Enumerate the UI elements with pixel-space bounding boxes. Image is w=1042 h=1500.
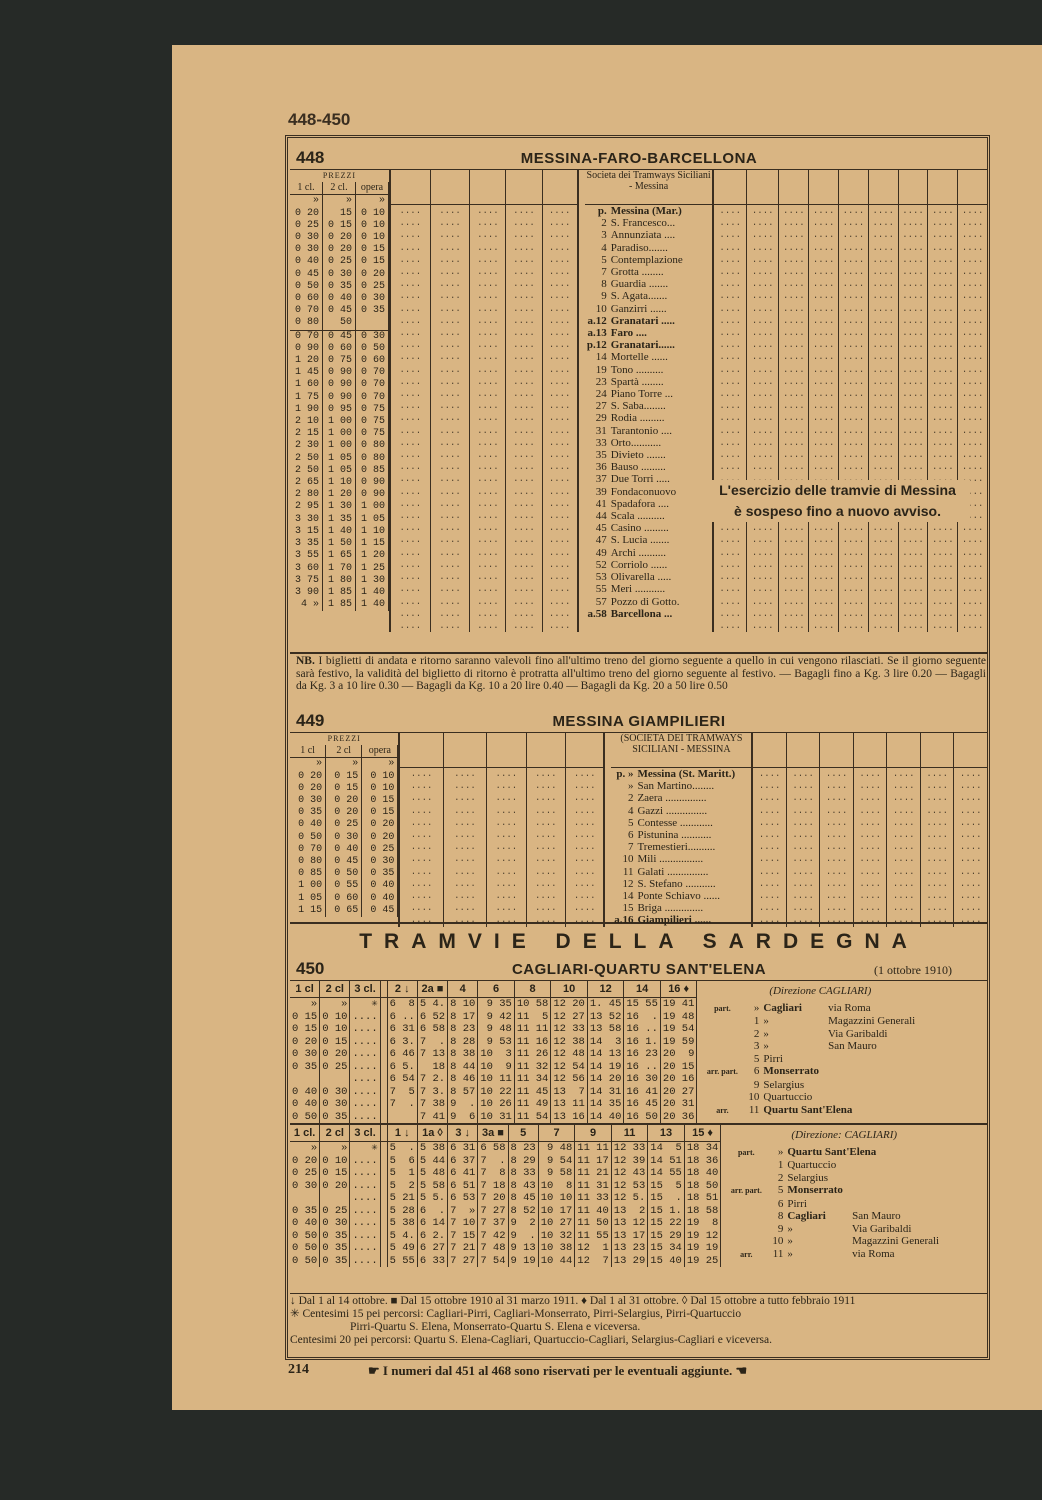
placeholder-cell: .... (921, 878, 954, 890)
price-cell (320, 1073, 350, 1086)
placeholder-cell: .... (899, 412, 928, 424)
placeholder-cell: .... (400, 866, 442, 878)
placeholder-cell: .... (714, 339, 745, 351)
placeholder-cell: .... (543, 242, 577, 254)
train-column: ........................................… (869, 170, 899, 632)
time-cell: 11 31 (575, 1180, 612, 1193)
price-cell: 0 25 (290, 1167, 320, 1180)
time-cell: 15 . (648, 1192, 685, 1205)
placeholder-cell: .... (839, 290, 868, 302)
time-cell: 5 21 (387, 1192, 417, 1205)
price-cell: 3 35 (290, 538, 323, 550)
station-name: Orto........... (611, 437, 661, 449)
time-cell: 5 55 (387, 1255, 417, 1268)
train-column: ........................................… (714, 170, 746, 632)
placeholder-cell: .... (431, 547, 470, 559)
price-cell: 1 45 (290, 367, 323, 379)
time-cell: 14 3 (587, 1036, 624, 1049)
time-row: 0 400 30....5 386 147 107 379 210 2711 5… (290, 1217, 721, 1230)
price-cell: 1 30 (356, 575, 389, 587)
time-cell: 15 22 (648, 1217, 685, 1230)
price-class-label: opera (362, 745, 398, 757)
placeholder-cell: .... (470, 290, 505, 302)
time-cell: 5 4. (417, 998, 447, 1011)
time-cell: 9 2 (508, 1217, 538, 1230)
placeholder-cell: .... (869, 290, 898, 302)
price-row: »»» (290, 758, 398, 770)
placeholder-cell: .... (431, 351, 470, 363)
station-row: 11Galati ............... (611, 866, 751, 878)
placeholder-cell: .... (506, 620, 541, 632)
placeholder-cell: .... (928, 571, 957, 583)
placeholder-cell: .... (854, 914, 887, 926)
train-column: ........................................… (787, 733, 821, 927)
station-name: Piano Torre ... (611, 388, 673, 400)
price-cell: 0 90 (323, 367, 356, 379)
time-cell: 11 26 (514, 1048, 551, 1061)
placeholder-cell: .... (854, 792, 887, 804)
placeholder-cell: .... (869, 608, 898, 620)
placeholder-cell: .... (543, 388, 577, 400)
placeholder-cell: .... (899, 571, 928, 583)
placeholder-cell: .... (954, 817, 987, 829)
placeholder-cell: .... (839, 425, 868, 437)
train-column: ........................................… (839, 170, 869, 632)
placeholder-cell: .... (887, 768, 920, 780)
price-cell: .... (350, 1217, 380, 1230)
direction-panel: (Direzione CAGLIARI)part.»Cagliari via R… (697, 981, 915, 1123)
time-cell: 11 17 (575, 1155, 612, 1168)
price-cell: 0 20 (290, 783, 326, 795)
station-row: 45Casino ......... (585, 522, 713, 534)
placeholder-cell: .... (958, 437, 987, 449)
stop-sub: via Roma (849, 1248, 894, 1260)
placeholder-cell: .... (779, 229, 808, 241)
time-cell: 10 3 (478, 1048, 515, 1061)
outbound-timetable: 1 cl2 cl3 cl.2 ↓2a ■46810121416 ♦»»✳6 85… (290, 981, 988, 1125)
footnote-line: ↓ Dal 1 al 14 ottobre. ■ Dal 15 ottobre … (290, 1295, 988, 1308)
placeholder-cell: .... (543, 364, 577, 376)
time-cell: 19 12 (684, 1230, 721, 1243)
placeholder-cell: .... (747, 400, 778, 412)
placeholder-cell: .... (958, 425, 987, 437)
stop-sub: San Mauro (849, 1210, 900, 1222)
price-cell: 0 60 (326, 893, 362, 905)
placeholder-cell: .... (820, 902, 853, 914)
placeholder-cell: .... (958, 522, 987, 534)
station-row: 7Grotta ........ (585, 266, 713, 278)
placeholder-cell: .... (400, 829, 442, 841)
train-column: ........................................… (487, 733, 526, 927)
placeholder-cell: .... (899, 327, 928, 339)
time-cell: 8 23 (508, 1142, 538, 1155)
price-cell: 0 10 (356, 208, 389, 220)
placeholder-cell: .... (391, 388, 430, 400)
price-cell: 0 35 (356, 305, 389, 317)
time-cell: 6 37 (448, 1155, 478, 1168)
stop-tag: arr. (729, 1249, 763, 1262)
price-cell: 0 20 (323, 244, 356, 256)
placeholder-cell: .... (899, 388, 928, 400)
station-name: S. Saba........ (611, 400, 666, 412)
time-cell: 16 1. (624, 1036, 661, 1049)
price-row: 3 301 351 05 (290, 514, 389, 526)
placeholder-cell: .... (928, 559, 957, 571)
placeholder-cell: .... (470, 547, 505, 559)
price-cell: .... (350, 1036, 380, 1049)
price-cell: ✳ (350, 998, 380, 1011)
price-cell: 0 15 (320, 1036, 350, 1049)
placeholder-cell: .... (543, 534, 577, 546)
placeholder-cell: .... (779, 522, 808, 534)
placeholder-cell: .... (928, 534, 957, 546)
placeholder-cell: .... (928, 388, 957, 400)
time-cell: 8 29 (508, 1155, 538, 1168)
price-cell: 0 50 (356, 343, 389, 355)
time-cell: 6 2. (417, 1230, 447, 1243)
price-cell: 1 40 (356, 599, 389, 611)
placeholder-cell: .... (787, 914, 820, 926)
station-name: Tremestieri.......... (637, 841, 715, 853)
placeholder-cell: .... (543, 303, 577, 315)
price-cell: 0 95 (323, 404, 356, 416)
time-cell: 11 34 (514, 1073, 551, 1086)
price-cell: 0 30 (290, 232, 323, 244)
placeholder-cell: .... (714, 583, 745, 595)
placeholder-cell: .... (839, 217, 868, 229)
stop-name: » (787, 1235, 849, 1248)
placeholder-cell: .... (809, 217, 838, 229)
station-km: 33 (585, 437, 607, 449)
timetable-grid-448: PREZZI1 cl.2 cl.opera»»»0 20150 100 250 … (290, 170, 988, 632)
train-header (779, 170, 808, 205)
time-cell: 18 50 (684, 1180, 721, 1193)
time-cell: 12 38 (551, 1036, 588, 1049)
spacer-cell (380, 1155, 387, 1168)
placeholder-cell: .... (506, 266, 541, 278)
time-cell: 10 26 (478, 1098, 515, 1111)
placeholder-cell: .... (470, 596, 505, 608)
placeholder-cell: .... (444, 853, 486, 865)
time-cell: 11 54 (514, 1111, 551, 1124)
placeholder-cell: .... (506, 254, 541, 266)
time-cell: 8 38 (448, 1048, 478, 1061)
price-cell: 3 55 (290, 550, 323, 562)
price-cell: 0 35 (290, 1061, 320, 1074)
placeholder-cell: .... (391, 327, 430, 339)
placeholder-cell: .... (543, 400, 577, 412)
station-km: 7 (585, 266, 607, 278)
price-cell: 0 15 (326, 783, 362, 795)
price-row: 0 200 150 10 (290, 783, 398, 795)
placeholder-cell: .... (928, 278, 957, 290)
time-row: 0 350 25....6 5. 188 4410 911 3212 5414 … (290, 1061, 697, 1074)
train-column: ........................................… (543, 170, 579, 632)
placeholder-cell: .... (809, 571, 838, 583)
time-cell: 10 22 (478, 1086, 515, 1099)
placeholder-cell: .... (487, 914, 525, 926)
placeholder-cell: .... (869, 547, 898, 559)
placeholder-cell: .... (954, 792, 987, 804)
station-row: 5Contemplazione (585, 254, 713, 266)
time-cell: 10 58 (514, 998, 551, 1011)
header-row: 1 cl.2 cl3 cl.1 ↓1a ◊3 ↓3a ■579111315 ♦ (290, 1125, 721, 1142)
price-row: 0 250 150 10 (290, 220, 389, 232)
time-cell: 8 43 (508, 1180, 538, 1193)
placeholder-cell: .... (809, 620, 838, 632)
time-cell: 12 43 (611, 1167, 648, 1180)
placeholder-cell: .... (899, 583, 928, 595)
price-row: 0 900 600 50 (290, 343, 389, 355)
price-cell: 1 20 (356, 550, 389, 562)
placeholder-cell: .... (470, 522, 505, 534)
price-cell: 1 20 (323, 489, 356, 501)
train-column: ........................................… (854, 733, 888, 927)
placeholder-cell: .... (391, 620, 430, 632)
placeholder-cell: .... (928, 327, 957, 339)
train-header (527, 733, 565, 768)
price-cell: .... (350, 1073, 380, 1086)
placeholder-cell: .... (809, 266, 838, 278)
time-cell: 12 48 (551, 1048, 588, 1061)
station-name: Contesse ............ (637, 817, 712, 829)
time-row: 0 300 20....6 467 138 3810 311 2612 4814… (290, 1048, 697, 1061)
time-cell: 6 3. (387, 1036, 417, 1049)
train-number: 12 (587, 981, 624, 998)
stop-tag: arr. part. (729, 1185, 763, 1198)
placeholder-cell: .... (747, 278, 778, 290)
suspension-notice: L'esercizio delle tramvie di Messina è s… (705, 480, 970, 522)
placeholder-cell: .... (820, 841, 853, 853)
price-cell: 0 30 (290, 244, 323, 256)
placeholder-cell: .... (714, 425, 745, 437)
section-450-header: 450 CAGLIARI-QUARTU SANT'ELENA (1 ottobr… (290, 958, 988, 981)
price-cell: 0 40 (362, 893, 398, 905)
time-row: 0 350 25....5 286 .7 »7 278 5210 1711 40… (290, 1205, 721, 1218)
placeholder-cell: .... (391, 339, 430, 351)
prices-header: PREZZI (290, 170, 389, 182)
placeholder-cell: .... (928, 437, 957, 449)
price-cell: 0 45 (362, 905, 398, 917)
placeholder-cell: .... (543, 351, 577, 363)
placeholder-cell: .... (487, 841, 525, 853)
station-name: Archi .......... (611, 547, 666, 559)
placeholder-cell: .... (391, 583, 430, 595)
price-row: 0 300 200 10 (290, 232, 389, 244)
placeholder-cell: .... (887, 817, 920, 829)
station-name: Granatari ..... (611, 315, 675, 327)
placeholder-cell: .... (899, 620, 928, 632)
time-cell: 5 44 (417, 1155, 447, 1168)
station-row: »San Martino........ (611, 780, 751, 792)
time-row: 0 500 35....5 4.6 2.7 157 429 .10 3211 5… (290, 1230, 721, 1243)
spacer-cell (380, 1192, 387, 1205)
stop-km: 8 (763, 1210, 783, 1223)
placeholder-cell: .... (543, 473, 577, 485)
price-cell: 0 50 (290, 281, 323, 293)
time-cell: 12 33 (551, 1023, 588, 1036)
placeholder-cell: .... (899, 315, 928, 327)
placeholder-cell: .... (506, 412, 541, 424)
time-cell: 14 19 (587, 1061, 624, 1074)
time-cell: 10 9 (478, 1061, 515, 1074)
placeholder-cell: .... (779, 400, 808, 412)
time-cell: 8 10 (448, 998, 478, 1011)
train-number: 9 (575, 1125, 612, 1142)
placeholder-cell: .... (839, 303, 868, 315)
price-cell: 0 45 (323, 331, 356, 343)
spacer-cell (380, 1230, 387, 1243)
station-row: a.16Giampilieri ...... (611, 914, 751, 926)
train-column: ........................................… (921, 733, 955, 927)
placeholder-cell: .... (470, 229, 505, 241)
station-row: 15Briga .............. (611, 902, 751, 914)
placeholder-cell: .... (839, 351, 868, 363)
time-cell: 6 53 (448, 1192, 478, 1205)
time-cell: 11 5 (514, 1011, 551, 1024)
placeholder-cell: .... (887, 890, 920, 902)
price-class-label: 1 cl. (290, 182, 323, 194)
station-row: 9S. Agata....... (585, 290, 713, 302)
time-cell: 11 11 (575, 1142, 612, 1155)
placeholder-cell: .... (431, 559, 470, 571)
placeholder-cell: .... (747, 608, 778, 620)
placeholder-cell: .... (391, 608, 430, 620)
placeholder-cell: .... (747, 412, 778, 424)
placeholder-cell: .... (839, 278, 868, 290)
placeholder-cell: .... (444, 902, 486, 914)
placeholder-cell: .... (566, 902, 603, 914)
train-header (747, 170, 778, 205)
placeholder-cell: .... (854, 866, 887, 878)
time-cell (387, 1111, 417, 1124)
time-cell: 7 2. (417, 1073, 447, 1086)
time-cell: 6 .. (387, 1011, 417, 1024)
placeholder-cell: .... (887, 914, 920, 926)
placeholder-cell: .... (714, 242, 745, 254)
placeholder-cell: .... (747, 351, 778, 363)
placeholder-cell: .... (928, 449, 957, 461)
station-km: 14 (585, 351, 607, 363)
station-name: Briga .............. (637, 902, 703, 914)
placeholder-cell: .... (391, 278, 430, 290)
price-cell: .... (350, 1023, 380, 1036)
stop-km: 6 (763, 1198, 783, 1211)
price-cell: 0 40 (290, 819, 326, 831)
station-km: 6 (611, 829, 633, 841)
stop-name: Quartuccio (763, 1091, 825, 1104)
time-cell: 19 19 (684, 1242, 721, 1255)
stop-name: Cagliari (787, 1210, 849, 1223)
time-cell: 7 8 (478, 1167, 508, 1180)
placeholder-cell: .... (431, 522, 470, 534)
placeholder-cell: .... (820, 805, 853, 817)
placeholder-cell: .... (839, 608, 868, 620)
inbound-timetable: 1 cl.2 cl3 cl.1 ↓1a ◊3 ↓3a ■579111315 ♦»… (290, 1125, 988, 1267)
station-row: 41Spadafora .... (585, 498, 713, 510)
station-km: a.12 (585, 315, 607, 327)
placeholder-cell: .... (779, 547, 808, 559)
time-cell: 11 40 (575, 1205, 612, 1218)
placeholder-cell: .... (899, 242, 928, 254)
placeholder-cell: .... (809, 327, 838, 339)
placeholder-cell: .... (431, 290, 470, 302)
price-cell: 0 15 (362, 795, 398, 807)
train-number: 10 (551, 981, 588, 998)
station-km: p. (585, 205, 607, 217)
placeholder-cell: .... (869, 412, 898, 424)
price-cell: 0 15 (326, 771, 362, 783)
placeholder-cell: .... (391, 364, 430, 376)
placeholder-cell: .... (954, 805, 987, 817)
placeholder-cell: .... (928, 242, 957, 254)
train-column: ........................................… (753, 733, 787, 927)
time-row: 0 300 20....5 25 586 517 188 4310 811 31… (290, 1180, 721, 1193)
spacer-cell (380, 1111, 387, 1124)
station-name: Ganzirri ...... (611, 303, 667, 315)
placeholder-cell: .... (506, 547, 541, 559)
station-row: a.13Faro .... (585, 327, 713, 339)
price-cell: 1 40 (323, 526, 356, 538)
price-cell: 1 65 (323, 550, 356, 562)
placeholder-cell: .... (958, 290, 987, 302)
station-name: Contemplazione (611, 254, 683, 266)
time-cell: 9 48 (478, 1023, 515, 1036)
price-cell: 1 35 (323, 514, 356, 526)
placeholder-cell: .... (543, 290, 577, 302)
placeholder-cell: .... (747, 217, 778, 229)
spacer-cell (380, 1142, 387, 1155)
time-cell: 6 51 (448, 1180, 478, 1193)
time-cell: 14 5 (648, 1142, 685, 1155)
placeholder-cell: .... (714, 461, 745, 473)
placeholder-cell: .... (400, 878, 442, 890)
price-row: 2 151 000 75 (290, 428, 389, 440)
price-row: 2 651 100 90 (290, 477, 389, 489)
price-row: 0 500 300 20 (290, 832, 398, 844)
station-km: a.13 (585, 327, 607, 339)
station-name: Rodia ......... (611, 412, 665, 424)
price-cell: 2 95 (290, 501, 323, 513)
placeholder-cell: .... (470, 266, 505, 278)
spacer-cell (380, 1217, 387, 1230)
price-row: 2 951 301 00 (290, 501, 389, 513)
time-cell: 12 33 (611, 1142, 648, 1155)
time-cell: 6 41 (448, 1167, 478, 1180)
train-column: ........................................… (431, 170, 471, 632)
price-cell: 0 90 (356, 477, 389, 489)
placeholder-cell: .... (928, 266, 957, 278)
time-cell: 19 54 (660, 1023, 697, 1036)
time-cell: 7 38 (417, 1098, 447, 1111)
placeholder-cell: .... (747, 437, 778, 449)
price-row: 0 400 250 20 (290, 819, 398, 831)
stop-row: 1» Magazzini Generali (705, 1015, 915, 1028)
placeholder-cell: .... (747, 376, 778, 388)
placeholder-cell: .... (753, 841, 786, 853)
placeholder-cell: .... (839, 522, 868, 534)
placeholder-cell: .... (527, 768, 565, 780)
station-km: 14 (611, 890, 633, 902)
placeholder-cell: .... (487, 817, 525, 829)
train-number: 3a ■ (478, 1125, 508, 1142)
price-cell: 0 85 (356, 465, 389, 477)
station-name: Gazzi ............... (637, 805, 707, 817)
price-cell: 0 20 (326, 807, 362, 819)
placeholder-cell: .... (820, 817, 853, 829)
train-number: 5 (508, 1125, 538, 1142)
placeholder-cell: .... (431, 266, 470, 278)
